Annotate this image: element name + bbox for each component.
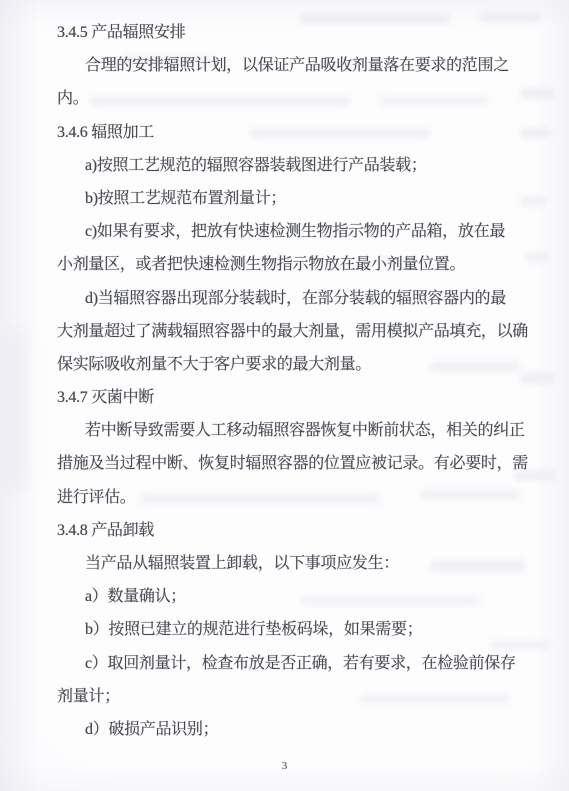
text-line: 内。 — [57, 88, 517, 121]
text-line: 3.4.5 产品辐照安排 — [57, 22, 517, 55]
scan-artifact — [525, 252, 549, 262]
text-line: 3.4.7 灭菌中断 — [57, 387, 517, 420]
scan-artifact — [520, 372, 554, 384]
text-line: 合理的安排辐照计划，以保证产品吸收剂量落在要求的范围之 — [57, 55, 517, 88]
text-line: d)当辐照容器出现部分装载时，在部分装载的辐照容器内的最 — [57, 288, 517, 321]
text-line: d）破损产品识别； — [57, 719, 517, 752]
document-text-block: 3.4.5 产品辐照安排合理的安排辐照计划，以保证产品吸收剂量落在要求的范围之内… — [57, 22, 517, 752]
text-line: b)按照工艺规范布置剂量计； — [57, 188, 517, 221]
text-line: 大剂量超过了满载辐照容器中的最大剂量，需用模拟产品填充，以确 — [57, 321, 517, 354]
text-line: 若中断导致需要人工移动辐照容器恢复中断前状态，相关的纠正 — [57, 420, 517, 453]
scan-artifact — [520, 88, 554, 99]
scan-artifact — [520, 196, 546, 206]
text-line: a)按照工艺规范的辐照容器装载图进行产品装载； — [57, 155, 517, 188]
text-line: 3.4.6 辐照加工 — [57, 122, 517, 155]
text-line: 3.4.8 产品卸载 — [57, 520, 517, 553]
text-line: 剂量计； — [57, 686, 517, 719]
text-line: 当产品从辐照装置上卸载，以下事项应发生： — [57, 553, 517, 586]
scan-artifact — [520, 128, 550, 138]
text-line: b）按照已建立的规范进行垫板码垛，如果需要； — [57, 619, 517, 652]
text-line: 小剂量区，或者把快速检测生物指示物放在最小剂量位置。 — [57, 254, 517, 287]
text-line: a）数量确认； — [57, 586, 517, 619]
text-line: 措施及当过程中断、恢复时辐照容器的位置应被记录。有必要时，需 — [57, 453, 517, 486]
scan-artifact — [0, 330, 30, 490]
scan-artifact — [480, 12, 540, 22]
text-line: 保实际吸收剂量不大于客户要求的最大剂量。 — [57, 354, 517, 387]
scanned-document-page: 3.4.5 产品辐照安排合理的安排辐照计划，以保证产品吸收剂量落在要求的范围之内… — [0, 0, 569, 791]
text-line: 进行评估。 — [57, 487, 517, 520]
page-number: 3 — [0, 760, 569, 772]
text-line: c)如果有要求，把放有快速检测生物指示物的产品箱，放在最 — [57, 221, 517, 254]
text-line: c）取回剂量计，检查布放是否正确，若有要求，在检验前保存 — [57, 653, 517, 686]
